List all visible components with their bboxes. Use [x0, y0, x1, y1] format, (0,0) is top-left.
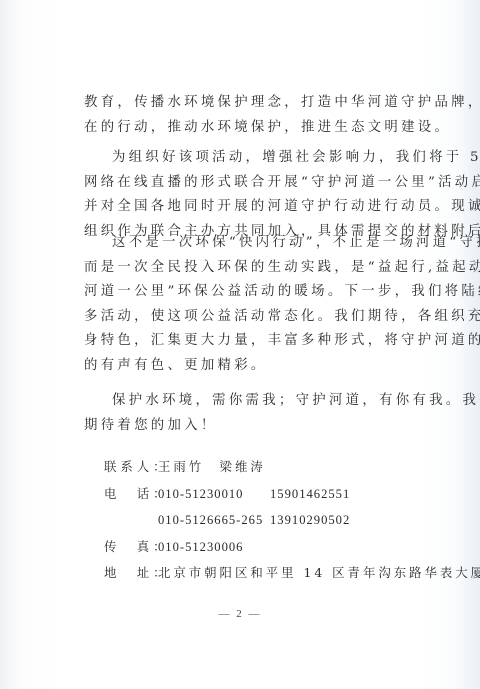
phone-landline-2: 010-5126665-265 — [158, 507, 270, 534]
text-line: 河道一公里”环保公益活动的暖场。下一步，我们将陆续推出更 — [84, 280, 424, 305]
text-line: 而是一次全民投入环保的生动实践，是“益起行,益起动— 守护 — [84, 256, 424, 281]
address-row: 地 址： 北京市朝阳区和平里 14 区青年沟东路华表大厦六 — [104, 560, 480, 587]
phone-landline-1: 010-51230010 — [158, 481, 270, 508]
phone-mobile-2: 13910290502 — [270, 507, 350, 534]
contact-block: 联系人： 王雨竹 梁维涛 电 话： 010-51230010 159014625… — [104, 454, 480, 587]
paragraph-4: 保护水环境，需你需我；守护河道，有你有我。我们在这里， 期待着您的加入！ — [84, 389, 424, 438]
phone-row-2: 010-5126665-265 13910290502 — [104, 507, 480, 534]
document-page: 教育，传播水环境保护理念，打造中华河道守护品牌，以实实在 在的行动，推动水环境保… — [0, 0, 480, 689]
phone-label-spacer — [104, 507, 158, 534]
address-value: 北京市朝阳区和平里 14 区青年沟东路华表大厦六 — [158, 560, 480, 587]
paragraph-2: 为组织好该项活动，增强社会影响力，我们将于 5 月 6 日以 网络在线直播的形式… — [84, 146, 424, 244]
text-line: 教育，传播水环境保护理念，打造中华河道守护品牌，以实实在 — [84, 91, 424, 116]
text-line: 并对全国各地同时开展的河道守护行动进行动员。现诚邀各热心 — [84, 195, 424, 220]
text-line: 网络在线直播的形式联合开展“守护河道一公里”活动启动仪式， — [84, 171, 424, 196]
paragraph-3: 这不是一次环保“快闪行动”，不止是一场河道“守护秀”， 而是一次全民投入环保的生… — [84, 231, 424, 379]
contact-person-label: 联系人： — [104, 454, 158, 481]
fax-label: 传 真： — [104, 534, 158, 561]
paragraph-1: 教育，传播水环境保护理念，打造中华河道守护品牌，以实实在 在的行动，推动水环境保… — [84, 91, 424, 140]
text-line: 这不是一次环保“快闪行动”，不止是一场河道“守护秀”， — [84, 231, 424, 256]
contact-person-value: 王雨竹 梁维涛 — [158, 454, 266, 481]
contact-person-row: 联系人： 王雨竹 梁维涛 — [104, 454, 480, 481]
address-label: 地 址： — [104, 560, 158, 587]
text-line: 的有声有色、更加精彩。 — [84, 354, 424, 379]
page-number: — 2 — — [0, 608, 480, 620]
fax-value: 010-51230006 — [158, 534, 270, 561]
text-line: 保护水环境，需你需我；守护河道，有你有我。我们在这里， — [84, 389, 424, 414]
text-line: 期待着您的加入！ — [84, 414, 424, 439]
phone-row-1: 电 话： 010-51230010 15901462551 — [104, 481, 480, 508]
text-line: 在的行动，推动水环境保护，推进生态文明建设。 — [84, 116, 424, 141]
text-line: 身特色，汇集更大力量，丰富多种形式，将守护河道的行动开展 — [84, 329, 424, 354]
phone-mobile-1: 15901462551 — [270, 481, 350, 508]
fax-row: 传 真： 010-51230006 — [104, 534, 480, 561]
text-line: 多活动，使这项公益活动常态化。我们期待，各组织充分发挥自 — [84, 305, 424, 330]
phone-label: 电 话： — [104, 481, 158, 508]
text-line: 为组织好该项活动，增强社会影响力，我们将于 5 月 6 日以 — [84, 146, 424, 171]
